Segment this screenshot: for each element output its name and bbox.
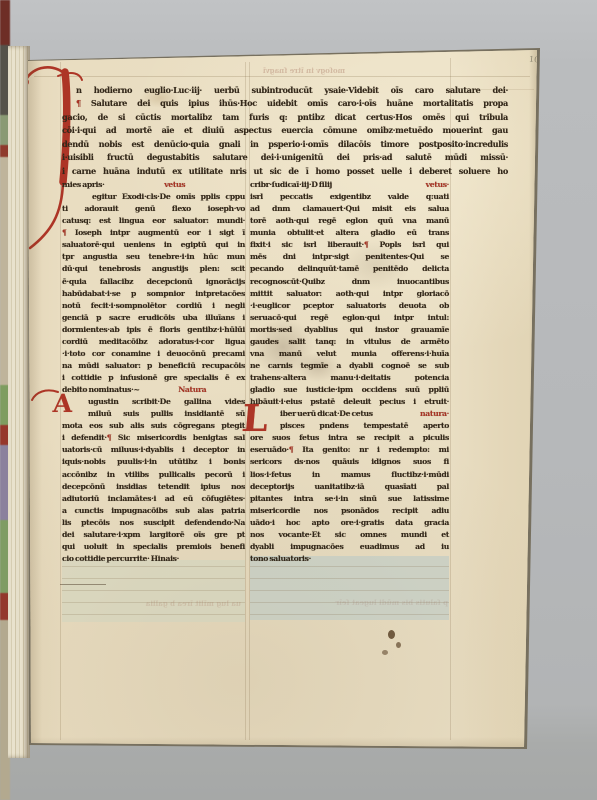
text-line: ē·quia fallacibz decepcionū ignorācijs xyxy=(62,276,245,288)
text-line: gladio sue iusticie·ipm occidens suū ppl… xyxy=(250,384,449,396)
rubric-text: natura· xyxy=(420,408,449,420)
text-line: tono saluatoris· xyxy=(250,553,449,565)
text-line: lis ptecōis nos suscipit defendendo·Na xyxy=(62,517,245,529)
initial-a-flourish xyxy=(30,386,60,412)
ruling-line xyxy=(62,578,245,579)
body-text: debito nominatus·~ xyxy=(62,384,140,396)
text-line: na mūdi saluator: p beneficiū recupacōis xyxy=(62,360,245,372)
page-stack-edge xyxy=(8,46,30,758)
text-line: deceptorijs uanitatibz·iā quasīati pal xyxy=(250,481,449,493)
body-text: habūdabat·i·se p sompnior intpretacōes xyxy=(62,289,245,298)
body-text: qui uoluit in specialis premiois benefi xyxy=(62,542,245,551)
text-line: hibāuit·i·eius pstatē deleuit pecius i e… xyxy=(250,396,449,408)
text-line: gacio, de si cūctis mortalibz tam furis … xyxy=(62,111,508,124)
body-text: n hodierno euglio·Luc·iij· uerbū subintr… xyxy=(76,85,508,95)
ruling-line xyxy=(250,614,449,615)
text-line: lios·i·fetus in mamus fluctibz·i·mūdi xyxy=(250,469,449,481)
body-text: vna manū velut munia offerens·i·huīa xyxy=(250,349,449,358)
text-line: saluatorē·qui ueniens in egiptū qui in xyxy=(62,239,245,251)
text-line: vna manū velut munia offerens·i·huīa xyxy=(250,348,449,360)
text-line: i cottidie p infusionē gre specialis ē e… xyxy=(62,372,245,384)
text-line: n hodierno euglio·Luc·iij· uerbū subintr… xyxy=(62,84,508,97)
text-line: iquis·nobis puulis·i·in utūtibz i bonis xyxy=(62,456,245,468)
text-line: dormientes·ab ipis ē floris gentibz·i·hū… xyxy=(62,324,245,336)
text-line: ·i·toto cor conamine i deuocōnū precami xyxy=(62,348,245,360)
text-line: ti adorauit genū flexo ioseph·vo xyxy=(62,203,245,215)
text-line: mies apris·vetus xyxy=(62,179,245,191)
body-text: i·uisibli fructū degustabitis salutare d… xyxy=(62,152,508,162)
body-text: Salutare dei quis ipius ihūs·Hoc uidebit… xyxy=(81,98,508,108)
body-text: mēs dni intpr·sigt penitentes·Qui se xyxy=(250,252,449,261)
ruling-line xyxy=(34,76,530,77)
body-text: cribr·ſudicaī·iij·D filij xyxy=(250,179,332,191)
text-line: decepcōnū insidias tetendit ipius nos xyxy=(62,481,245,493)
body-text: seruacō·qui regē eglon·qui intpr intul: xyxy=(250,313,449,322)
stain xyxy=(388,630,395,639)
text-line: pecando delinquūt·tamē penitēdo delicta xyxy=(250,263,449,275)
text-line: pitantes intra se·i·in sinū sue latissim… xyxy=(250,493,449,505)
body-text: ad dnm clamauert·Qui misit eis salua xyxy=(250,204,449,213)
text-line: iber uerū dicat·De cetusnatura· xyxy=(250,408,449,420)
body-text: i carne huāna indutū ex utilitate nris u… xyxy=(62,166,508,176)
body-text: recognoscūt·Quibz dnm inuocantibus xyxy=(250,277,449,286)
verso-tint xyxy=(62,560,245,622)
body-text: i cottidie p infusionē gre specialis ē e… xyxy=(62,373,245,382)
text-line: cribr·ſudicaī·iij·D filijvetus· xyxy=(250,179,449,191)
body-text: pisces pndens tempestatē aperto xyxy=(280,421,449,430)
body-text: dendū nobis est denūcio·quia gnali in ps… xyxy=(62,139,508,149)
body-text: misericordie nos psonādos recipit adiu xyxy=(250,506,449,515)
body-text: pecando delinquūt·tamē penitēdo delicta xyxy=(250,264,449,273)
body-text: isrl peccatis exigentibz valde q:uati xyxy=(250,192,449,201)
body-text: tono saluatoris· xyxy=(250,554,311,563)
text-line: miluū suis pullis insidiantē sū xyxy=(62,408,245,420)
body-text: uatoris·cū miluus·i·dyablis i deceptor i… xyxy=(62,445,245,454)
text-line: recognoscūt·Quibz dnm inuocantibus xyxy=(250,276,449,288)
text-line: i carne huāna indutū ex utilitate nris u… xyxy=(62,165,508,178)
text-line: notū fecit·i·sompnolētor cordiū i negli xyxy=(62,300,245,312)
text-line: egitur Exodi·cls·De omīs pplis cppu xyxy=(62,191,245,203)
text-line: gaudes salit tanq: in vitulus de armēto xyxy=(250,336,449,348)
body-text: ugustin scribit·De gallina vides xyxy=(88,397,245,406)
text-line: ugustin scribit·De gallina vides xyxy=(62,396,245,408)
marginal-dash xyxy=(60,584,106,585)
text-line: accōnibz in vtilibs pullicalis pecorū i xyxy=(62,469,245,481)
body-text: decepcōnū insidias tetendit ipius nos xyxy=(62,482,245,491)
body-text: lios·i·fetus in mamus fluctibz·i·mūdi xyxy=(250,470,449,479)
text-line: ¶ Ioseph intpr augmentū eor i sigt ī xyxy=(62,227,245,239)
body-text: hibāuit·i·eius pstatē deleuit pecius i e… xyxy=(250,397,449,406)
text-line: eseruādo·¶ Ita genito: nr i redempto: mi xyxy=(250,444,449,456)
text-line: ne carnis tegmīe a dyabli cognoē se sub xyxy=(250,360,449,372)
rubric-text: vetus xyxy=(164,179,185,191)
body-text: fixit·i sic isrl liberauit· xyxy=(250,240,364,249)
body-text: Ioseph intpr augmentū eor i sigt ī xyxy=(67,228,245,237)
body-text: ·i·euglicor pceptor saluatoris deuota ob xyxy=(250,301,449,310)
text-line: ore suos fetus intra se recipit a piculi… xyxy=(250,432,449,444)
body-text: cōi·i·qui ad mortē aīe et diuiū aspectus… xyxy=(62,125,508,135)
text-line: mittit saluator: aoth·qui intpr gloriacō xyxy=(250,288,449,300)
text-line: dū·qui tenebrosis angustijs plen: scit xyxy=(62,263,245,275)
text-line: habūdabat·i·se p sompnior intpretacōes xyxy=(62,288,245,300)
body-text: iquis·nobis puulis·i·in utūtibz i bonis xyxy=(62,457,245,466)
text-line: torē aoth·qui regē eglon quū vna manū xyxy=(250,215,449,227)
book-page: moſogv in ītre ſnagvī ua lug mīlit īrea … xyxy=(0,0,597,800)
text-block-longlines: n hodierno euglio·Luc·iij· uerbū subintr… xyxy=(62,84,508,178)
ruling-line xyxy=(62,566,245,567)
body-text: ne carnis tegmīe a dyabli cognoē se sub xyxy=(250,361,449,370)
rubric-text: Natura xyxy=(178,384,206,396)
text-line: ad dnm clamauert·Qui misit eis salua xyxy=(250,203,449,215)
body-text: catusq: est lingua eor saluator: mundi· xyxy=(62,216,245,225)
text-line: catusq: est lingua eor saluator: mundi· xyxy=(62,215,245,227)
ruling-line xyxy=(250,578,449,579)
spacer xyxy=(104,179,164,191)
text-line: sericors ds·nos quāuis idignos suos fi xyxy=(250,456,449,468)
body-text: munia obtulit·et altera gladio eū trans xyxy=(250,228,449,237)
body-text: dū·qui tenebrosis angustijs plen: scit xyxy=(62,264,245,273)
show-through-text: moſogv in ītre ſnagvī xyxy=(205,66,345,75)
text-line: isrl peccatis exigentibz valde q:uati xyxy=(250,191,449,203)
body-text: accōnibz in vtilibs pullicalis pecorū i xyxy=(62,470,245,479)
text-line: nos vocante·Et sic omnes mundi et xyxy=(250,529,449,541)
body-text: torē aoth·qui regē eglon quū vna manū xyxy=(250,216,449,225)
text-line: i·uisibli fructū degustabitis salutare d… xyxy=(62,151,508,164)
column-right: cribr·ſudicaī·iij·D filijvetus·isrl pecc… xyxy=(250,179,449,565)
facing-page-sliver xyxy=(0,0,10,45)
text-line: cordiū meditacōibz adoratus·i·cor ligua xyxy=(62,336,245,348)
body-text: eseruādo· xyxy=(250,445,289,454)
text-line: cio cottidie percurrite· Hinais· xyxy=(62,553,245,565)
body-text: dei salutare·i·xpm largitorē oīs gre pt xyxy=(62,530,245,539)
spacer xyxy=(206,384,245,396)
body-text: notū fecit·i·sompnolētor cordiū i negli xyxy=(62,301,245,310)
body-text: mittit saluator: aoth·qui intpr gloriacō xyxy=(250,289,449,298)
body-text: mies apris· xyxy=(62,179,104,191)
text-line: ·i·euglicor pceptor saluatoris deuota ob xyxy=(250,300,449,312)
stain xyxy=(382,650,388,655)
text-line: dei salutare·i·xpm largitorē oīs gre pt xyxy=(62,529,245,541)
ruling-line xyxy=(250,590,449,591)
body-text: gacio, de si cūctis mortalibz tam furis … xyxy=(62,112,508,122)
body-text: i defendit· xyxy=(62,433,107,442)
text-line: uādo·i hoc apto ore·i·gratis data gracia xyxy=(250,517,449,529)
body-text: lis ptecōis nos suscipit defendendo·Na xyxy=(62,518,245,527)
body-text: mota eos sub alis suis cōgregans ptegit xyxy=(62,421,245,430)
stain xyxy=(396,642,401,648)
ruling-line xyxy=(62,602,245,603)
text-line: dendū nobis est denūcio·quia gnali in ps… xyxy=(62,138,508,151)
text-line: munia obtulit·et altera gladio eū trans xyxy=(250,227,449,239)
ruling-line xyxy=(62,614,245,615)
body-text: sericors ds·nos quāuis idignos suos fi xyxy=(250,457,449,466)
body-text: saluatorē·qui ueniens in egiptū qui in xyxy=(62,240,245,249)
text-line: mota eos sub alis suis cōgregans ptegit xyxy=(62,420,245,432)
body-text: mortis·sed dyablius qui instor grauamīe xyxy=(250,325,449,334)
text-line: cōi·i·qui ad mortē aīe et diuiū aspectus… xyxy=(62,124,508,137)
body-text: miluū suis pullis insidiantē sū xyxy=(88,409,245,418)
text-line: mēs dni intpr·sigt penitentes·Qui se xyxy=(250,251,449,263)
text-line: dyabli impugnacōes euadimus ad iu xyxy=(250,541,449,553)
stain xyxy=(412,10,438,26)
text-line: misericordie nos psonādos recipit adiu xyxy=(250,505,449,517)
body-text: gladio sue iusticie·ipm occidens suū ppl… xyxy=(250,385,449,394)
body-text: uādo·i hoc apto ore·i·gratis data gracia xyxy=(250,518,449,527)
text-line: adiutoriū inclamātes·i ad eū cōfugiētes· xyxy=(62,493,245,505)
body-text: ti adorauit genū flexo ioseph·vo xyxy=(62,204,245,213)
body-text: a cunctis impugnacōibs sub alas patria xyxy=(62,506,245,515)
manuscript-photo: moſogv in ītre ſnagvī ua lug mīlit īrea … xyxy=(0,0,597,800)
body-text: Ita genito: nr i redempto: mi xyxy=(293,445,449,454)
body-text: Sic misericordis benigtas sal xyxy=(111,433,245,442)
body-text: dormientes·ab ipis ē floris gentibz·i·hū… xyxy=(62,325,245,334)
rubric-text: vetus· xyxy=(426,179,449,191)
body-text: adiutoriū inclamātes·i ad eū cōfugiētes· xyxy=(62,494,245,503)
body-text: dyabli impugnacōes euadimus ad iu xyxy=(250,542,449,551)
spacer xyxy=(185,179,245,191)
spacer xyxy=(332,179,426,191)
text-line: a cunctis impugnacōibs sub alas patria xyxy=(62,505,245,517)
ruling-line xyxy=(62,590,245,591)
body-text: pitantes intra se·i·in sinū sue latissim… xyxy=(250,494,449,503)
body-text: gaudes salit tanq: in vitulus de armēto xyxy=(250,337,449,346)
body-text: trahens·altera manu·i·deitatis potencia xyxy=(250,373,449,382)
text-line: mortis·sed dyablius qui instor grauamīe xyxy=(250,324,449,336)
text-line: seruacō·qui regē eglon·qui intpr intul: xyxy=(250,312,449,324)
text-line: qui uoluit in specialis premiois benefi xyxy=(62,541,245,553)
text-line: trahens·altera manu·i·deitatis potencia xyxy=(250,372,449,384)
text-line: pisces pndens tempestatē aperto xyxy=(250,420,449,432)
body-text: ore suos fetus intra se recipit a piculi… xyxy=(250,433,449,442)
text-line: genciā p sacre erudicōis uba illuīans i xyxy=(62,312,245,324)
ruling-line xyxy=(250,602,449,603)
spacer xyxy=(140,384,179,396)
text-line: debito nominatus·~Natura xyxy=(62,384,245,396)
body-text: Popls isrl qui xyxy=(368,240,449,249)
text-line: uatoris·cū miluus·i·dyablis i deceptor i… xyxy=(62,444,245,456)
column-left: mies apris·vetusegitur Exodi·cls·De omīs… xyxy=(62,179,245,565)
body-text: cio cottidie percurrite· Hinais· xyxy=(62,554,179,563)
body-text: tpr angustia seu tenebre·i·in hūc mun xyxy=(62,252,245,261)
text-line: tpr angustia seu tenebre·i·in hūc mun xyxy=(62,251,245,263)
body-text: nos vocante·Et sic omnes mundi et xyxy=(250,530,449,539)
body-text: genciā p sacre erudicōis uba illuīans i xyxy=(62,313,245,322)
body-text: ·i·toto cor conamine i deuocōnū precami xyxy=(62,349,245,358)
text-line: i defendit·¶ Sic misericordis benigtas s… xyxy=(62,432,245,444)
body-text: egitur Exodi·cls·De omīs pplis cppu xyxy=(92,192,245,201)
body-text: deceptorijs uanitatibz·iā quasīati pal xyxy=(250,482,449,491)
body-text: ē·quia fallacibz decepcionū ignorācijs xyxy=(62,277,245,286)
text-line: ¶ Salutare dei quis ipius ihūs·Hoc uideb… xyxy=(62,97,508,110)
body-text: na mūdi saluator: p beneficiū recupacōis xyxy=(62,361,245,370)
text-line: fixit·i sic isrl liberauit·¶ Popls isrl … xyxy=(250,239,449,251)
spacer xyxy=(373,408,420,420)
body-text: iber uerū dicat·De cetus xyxy=(280,408,373,420)
body-text: cordiū meditacōibz adoratus·i·cor ligua xyxy=(62,337,245,346)
ruling-line xyxy=(250,566,449,567)
